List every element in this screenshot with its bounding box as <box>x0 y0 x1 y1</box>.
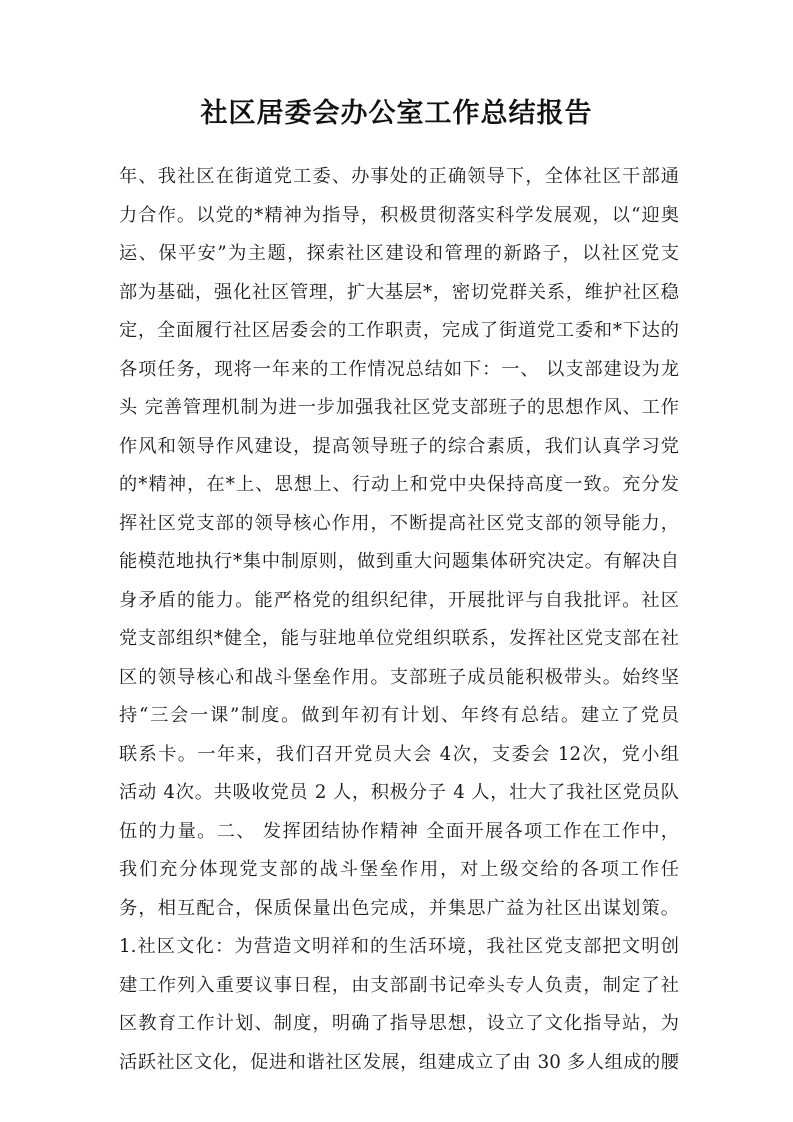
body-line: 挥社区党支部的领导核心作用，不断提高社区党支部的领导能力， <box>119 507 679 546</box>
body-line: 身矛盾的能力。能严格党的组织纪律，开展批评与自我批评。社区 <box>119 584 679 623</box>
body-line: 力合作。以党的*精神为指导，积极贯彻落实科学发展观，以“迎奥 <box>119 199 679 238</box>
body-line: 伍的力量。二、 发挥团结协作精神 全面开展各项工作在工作中， <box>119 815 679 854</box>
body-line: 我们充分体现党支部的战斗堡垒作用，对上级交给的各项工作任 <box>119 853 679 892</box>
body-line: 的*精神，在*上、思想上、行动上和党中央保持高度一致。充分发 <box>119 468 679 507</box>
body-line: 区教育工作计划、制度，明确了指导思想，设立了文化指导站，为 <box>119 1007 679 1046</box>
body-line: 头 完善管理机制为进一步加强我社区党支部班子的思想作风、工作 <box>119 391 679 430</box>
body-line: 作风和领导作风建设，提高领导班子的综合素质，我们认真学习党 <box>119 430 679 469</box>
document-body: 年、我社区在街道党工委、办事处的正确领导下，全体社区干部通 力合作。以党的*精神… <box>119 160 679 1084</box>
document-page: 社区居委会办公室工作总结报告 年、我社区在街道党工委、办事处的正确领导下，全体社… <box>0 0 793 1122</box>
body-line: 年、我社区在街道党工委、办事处的正确领导下，全体社区干部通 <box>119 160 679 199</box>
body-line: 党支部组织*健全，能与驻地单位党组织联系，发挥社区党支部在社 <box>119 622 679 661</box>
body-line: 区的领导核心和战斗堡垒作用。支部班子成员能积极带头。始终坚 <box>119 661 679 700</box>
body-line: 运、保平安”为主题，探索社区建设和管理的新路子，以社区党支 <box>119 237 679 276</box>
body-line: 定，全面履行社区居委会的工作职责，完成了街道党工委和*下达的 <box>119 314 679 353</box>
body-line: 各项任务，现将一年来的工作情况总结如下：一、 以支部建设为龙 <box>119 353 679 392</box>
body-line: 务，相互配合，保质保量出色完成，并集思广益为社区出谋划策。 <box>119 892 679 931</box>
body-line: 建工作列入重要议事日程，由支部副书记牵头专人负责，制定了社 <box>119 969 679 1008</box>
document-title: 社区居委会办公室工作总结报告 <box>0 96 793 132</box>
body-line: 持“三会一课”制度。做到年初有计划、年终有总结。建立了党员 <box>119 699 679 738</box>
body-line: 1.社区文化：为营造文明祥和的生活环境，我社区党支部把文明创 <box>119 930 679 969</box>
body-line: 活动 4次。共吸收党员 2 人，积极分子 4 人，壮大了我社区党员队 <box>119 776 679 815</box>
body-line: 部为基础，强化社区管理，扩大基层*，密切党群关系，维护社区稳 <box>119 276 679 315</box>
body-line: 活跃社区文化，促进和谐社区发展，组建成立了由 30 多人组成的腰 <box>119 1046 679 1085</box>
body-line: 联系卡。一年来，我们召开党员大会 4次，支委会 12次，党小组 <box>119 738 679 777</box>
body-line: 能模范地执行*集中制原则，做到重大问题集体研究决定。有解决自 <box>119 545 679 584</box>
